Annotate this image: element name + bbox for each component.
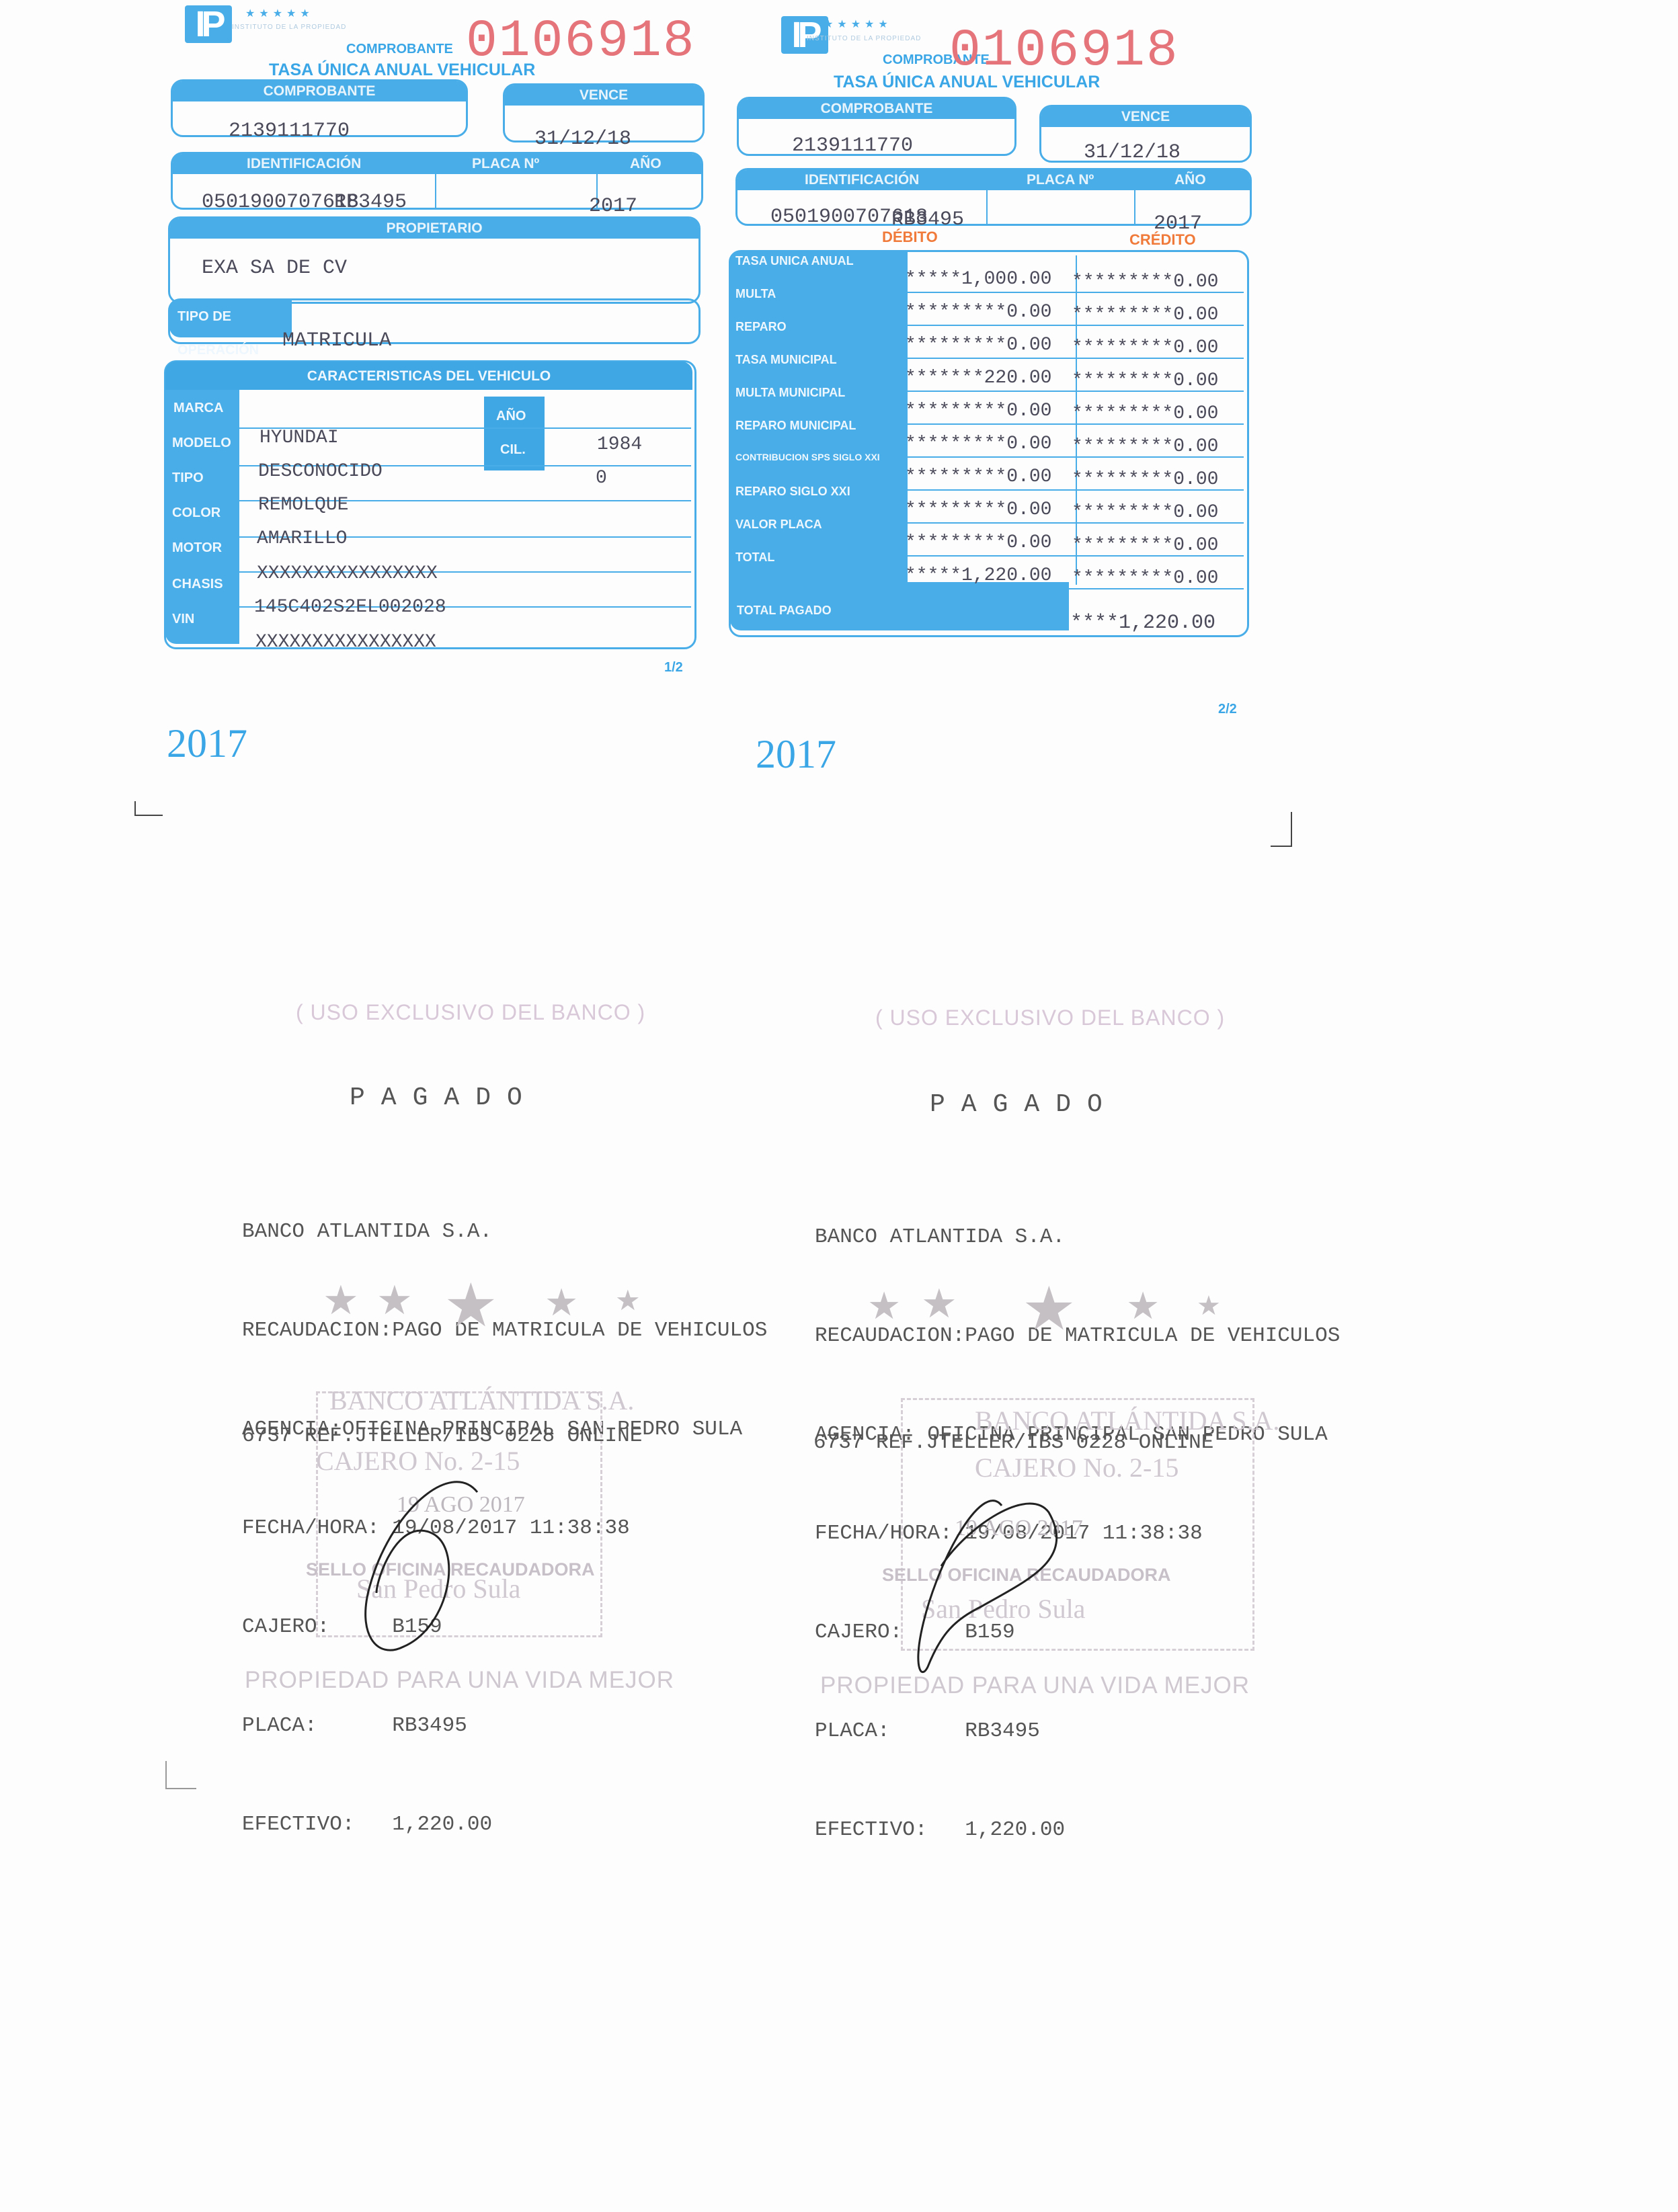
star-watermark-icon: ★ [376, 1277, 413, 1324]
vence-header: VENCE [505, 85, 703, 106]
slip-title: TASA ÚNICA ANUAL VEHICULAR [269, 60, 535, 80]
charge-label: REPARO [735, 320, 787, 334]
star-watermark-icon: ★ [1126, 1284, 1160, 1328]
identificacion-header: IDENTIFICACIÓN [805, 170, 919, 190]
charge-credito: *********0.00 [1072, 502, 1218, 523]
ano-value: 2017 [589, 195, 637, 218]
page-indicator: 1/2 [664, 660, 683, 675]
credito-label: CRÉDITO [1129, 231, 1196, 249]
vence-header: VENCE [1041, 107, 1250, 127]
signature-icon [350, 1472, 484, 1667]
tipo-operacion-value: MATRICULA [282, 329, 391, 352]
charge-label: CONTRIBUCION SPS SIGLO XXI [735, 452, 880, 462]
charge-credito: *********0.00 [1072, 436, 1218, 457]
charge-credito: *********0.00 [1072, 403, 1218, 424]
charge-label: VALOR PLACA [735, 518, 822, 532]
comprobante-header: COMPROBANTE [739, 99, 1014, 119]
charge-label: MULTA MUNICIPAL [735, 386, 845, 400]
institute-name: INSTITUTO DE LA PROPIEDAD [807, 35, 921, 42]
slip-title: TASA ÚNICA ANUAL VEHICULAR [834, 73, 1100, 92]
charge-debito: *********0.00 [905, 302, 1051, 323]
slogan: PROPIEDAD PARA UNA VIDA MEJOR [820, 1672, 1250, 1699]
year-mark: 2017 [756, 731, 836, 778]
value-ano: 1984 [597, 434, 642, 455]
charge-credito: *********0.00 [1072, 337, 1218, 358]
stamp-bank: BANCO ATLÁNTIDA S.A. [329, 1385, 634, 1416]
charge-debito: *****1,000.00 [905, 269, 1051, 290]
label-tipo: TIPO [172, 470, 204, 486]
bank-use-label: ( USO EXCLUSIVO DEL BANCO ) [875, 1006, 1225, 1030]
ano-cil-label-block [484, 397, 545, 470]
ref-line: 6737 REF.JTELLER/IBS 0228 ONLINE [242, 1420, 642, 1452]
value-chasis: 145C402S2EL002028 [254, 597, 446, 618]
stars-icon: ★★★★★ [824, 17, 892, 31]
label-vin: VIN [172, 612, 194, 627]
comprobante-value: 2139111770 [229, 120, 350, 142]
slogan: PROPIEDAD PARA UNA VIDA MEJOR [245, 1667, 674, 1694]
crop-mark [134, 801, 163, 816]
charge-debito: *******220.00 [905, 368, 1051, 388]
value-modelo: DESCONOCIDO [258, 461, 383, 482]
ano-header: AÑO [1174, 170, 1206, 190]
propietario-header: PROPIETARIO [170, 218, 698, 239]
crop-mark [1271, 812, 1292, 847]
vence-value: 31/12/18 [1084, 141, 1181, 164]
charge-credito: *********0.00 [1072, 568, 1218, 589]
placa-header: PLACA Nº [472, 154, 539, 174]
charge-credito: *********0.00 [1072, 535, 1218, 556]
charge-debito: *********0.00 [905, 335, 1051, 356]
star-watermark-icon: ★ [545, 1280, 578, 1325]
total-pagado-value: ****1,220.00 [1070, 612, 1215, 634]
label-marca: MARCA [173, 401, 223, 416]
charge-credito: *********0.00 [1072, 370, 1218, 391]
signature-icon [914, 1485, 1069, 1680]
comprobante-header: COMPROBANTE [173, 81, 466, 101]
stars-icon: ★★★★★ [245, 7, 314, 20]
page-indicator: 2/2 [1218, 702, 1237, 717]
star-watermark-icon: ★ [921, 1280, 957, 1327]
propietario-value: EXA SA DE CV [202, 257, 347, 280]
value-tipo: REMOLQUE [258, 495, 348, 516]
serial-number: 0106918 [949, 22, 1179, 81]
value-cil: 0 [596, 468, 607, 489]
value-motor: XXXXXXXXXXXXXXXX [257, 563, 438, 584]
value-color: AMARILLO [257, 528, 347, 549]
label-ano: AÑO [496, 409, 526, 424]
charge-credito: *********0.00 [1072, 272, 1218, 292]
charge-debito: *********0.00 [905, 499, 1051, 520]
pagado-title: PAGADO [930, 1090, 1119, 1119]
caracteristicas-header: CARACTERISTICAS DEL VEHICULO [165, 368, 692, 384]
charge-credito: *********0.00 [1072, 304, 1218, 325]
label-color: COLOR [172, 505, 221, 521]
star-watermark-icon: ★ [323, 1277, 359, 1324]
star-watermark-icon: ★ [615, 1284, 641, 1317]
pagado-title: PAGADO [350, 1083, 538, 1112]
identificacion-header: IDENTIFICACIÓN [247, 154, 361, 174]
comprobante-value: 2139111770 [792, 134, 913, 157]
charge-label: TOTAL [735, 550, 774, 565]
charge-debito: *********0.00 [905, 532, 1051, 553]
ref-line: 6737 REF.JTELLER/IBS 0228 ONLINE [813, 1426, 1213, 1459]
charge-debito: *********0.00 [905, 466, 1051, 487]
institute-name: INSTITUTO DE LA PROPIEDAD [232, 24, 346, 31]
charge-debito: *********0.00 [905, 401, 1051, 421]
charge-label: REPARO MUNICIPAL [735, 419, 856, 433]
comprobante-label: COMPROBANTE [346, 42, 453, 57]
label-chasis: CHASIS [172, 577, 223, 592]
label-motor: MOTOR [172, 540, 222, 556]
charge-label: MULTA [735, 287, 776, 301]
value-marca: HYUNDAI [259, 427, 339, 448]
charge-credito: *********0.00 [1072, 469, 1218, 490]
tipo-operacion-label: TIPO DE OPERACIÓN [169, 300, 292, 337]
charge-label: TASA MUNICIPAL [735, 353, 837, 367]
ip-logo-icon: IP [185, 5, 232, 43]
star-watermark-icon: ★ [444, 1270, 498, 1341]
charge-label: REPARO SIGLO XXI [735, 485, 850, 499]
value-vin: XXXXXXXXXXXXXXXX [255, 632, 436, 653]
year-mark: 2017 [167, 721, 247, 767]
label-modelo: MODELO [172, 436, 231, 451]
placa-header: PLACA Nº [1027, 170, 1094, 190]
placa-value: RB3495 [891, 208, 964, 231]
charge-debito: *****1,220.00 [905, 565, 1051, 586]
star-watermark-icon: ★ [867, 1284, 901, 1328]
charge-debito: *********0.00 [905, 434, 1051, 454]
charge-label: TASA UNICA ANUAL [735, 254, 854, 268]
star-watermark-icon: ★ [1197, 1291, 1221, 1321]
bank-use-label: ( USO EXCLUSIVO DEL BANCO ) [296, 1000, 645, 1025]
vence-value: 31/12/18 [534, 128, 631, 151]
placa-value: RB3495 [334, 191, 407, 214]
label-cil: CIL. [500, 442, 526, 458]
ano-header: AÑO [630, 154, 662, 174]
debito-label: DÉBITO [882, 229, 938, 246]
crop-mark [165, 1761, 196, 1789]
total-pagado-label: TOTAL PAGADO [737, 604, 832, 618]
star-watermark-icon: ★ [1022, 1274, 1076, 1344]
